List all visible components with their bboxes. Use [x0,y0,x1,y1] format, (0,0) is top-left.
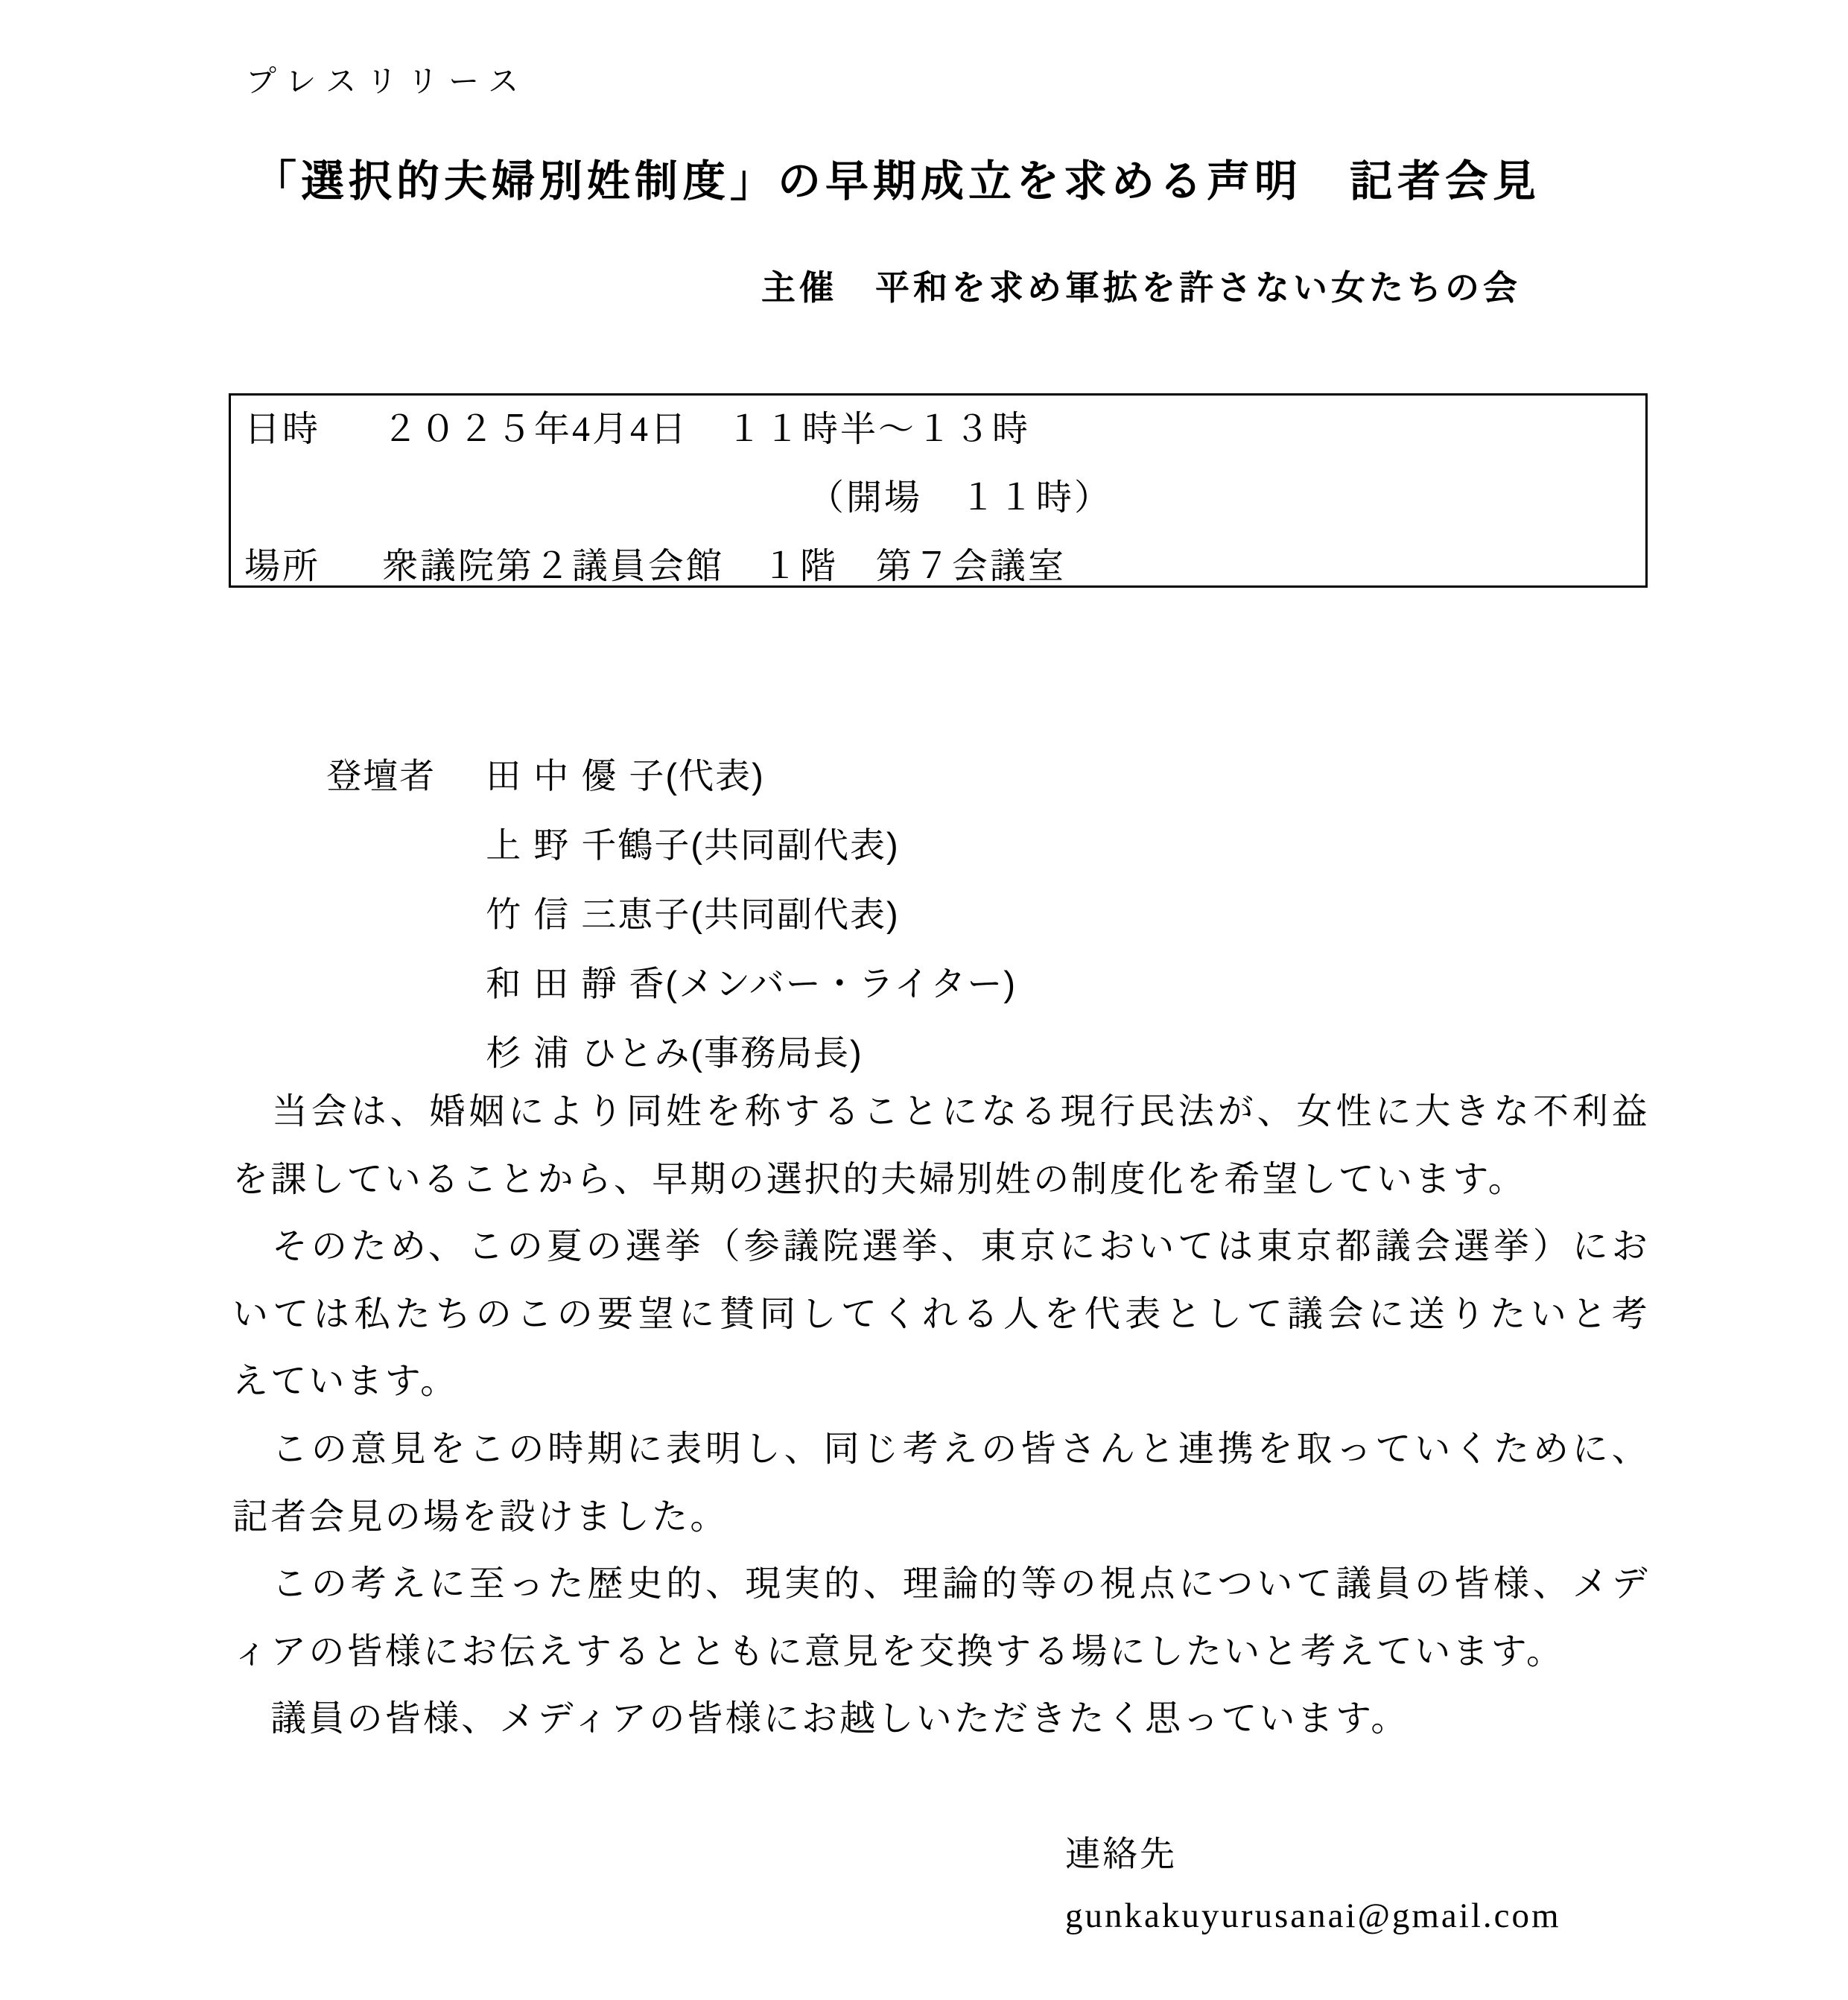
speaker-role: (メンバー・ライター) [665,964,1017,1003]
body-line: えています。 [232,1348,1650,1416]
body-line: 記者会見の場を設けました。 [232,1484,1650,1552]
body-line: ィアの皆様にお伝えするとともに意見を交換する場にしたいと考えています。 [232,1619,1650,1686]
body-line: いては私たちのこの要望に賛同してくれる人を代表として議会に送りたいと考 [232,1281,1650,1349]
contact-label: 連絡先 [1065,1826,1177,1876]
press-release-kicker: プレスリリース [246,57,529,101]
speaker-role: (共同副代表) [690,825,899,865]
speaker-row: 登壇者田 中 優 子(代表) [282,672,1017,741]
datetime-label: 日時 [244,396,382,464]
speaker-role: (事務局長) [690,1033,863,1073]
speaker-role: (代表) [665,756,764,796]
datetime-value: ２０２５年4月4日 １１時半～１３時 [382,410,1030,449]
speaker-name: 和 田 靜 香 [486,964,665,1003]
body-line: 当会は、婚姻により同姓を称することになる現行民法が、女性に大きな不利益 [232,1079,1650,1146]
organizer-line: 主催 平和を求め軍拡を許さない女たちの会 [761,261,1521,310]
speaker-name: 田 中 優 子 [486,756,665,796]
doors-open-value: （開場 １１時） [808,478,1112,518]
body-line: を課していることから、早期の選択的夫婦別姓の制度化を希望しています。 [232,1146,1650,1214]
speaker-role: (共同副代表) [690,895,899,934]
speaker-name: 竹 信 三恵子 [486,895,690,934]
body-text: 当会は、婚姻により同姓を称することになる現行民法が、女性に大きな不利益 を課して… [232,1079,1650,1753]
body-line: 議員の皆様、メディアの皆様にお越しいただきたく思っています。 [232,1686,1650,1753]
venue-value: 衆議院第２議員会館 １階 第７会議室 [382,547,1066,586]
speakers-section: 登壇者田 中 優 子(代表) 上 野 千鶴子(共同副代表) 竹 信 三恵子(共同… [282,672,1017,1018]
doors-open-row: （開場 １１時） [244,464,1638,533]
body-line: この考えに至った歴史的、現実的、理論的等の視点について議員の皆様、メデ [232,1551,1650,1619]
event-datetime-row: 日時２０２５年4月4日 １１時半～１３時 [244,396,1638,464]
event-info-box: 日時２０２５年4月4日 １１時半～１３時 （開場 １１時） 場所衆議院第２議員会… [229,393,1648,588]
event-venue-row: 場所衆議院第２議員会館 １階 第７会議室 [244,533,1638,601]
venue-label: 場所 [244,533,382,601]
speaker-name: 上 野 千鶴子 [486,825,690,865]
body-line: この意見をこの時期に表明し、同じ考えの皆さんと連携を取っていくために、 [232,1416,1650,1484]
speakers-label: 登壇者 [326,741,486,810]
document-title: 「選択的夫婦別姓制度」の早期成立を求める声明 記者会見 [253,146,1540,209]
speaker-name: 杉 浦 ひとみ [486,1033,690,1073]
body-line: そのため、この夏の選挙（参議院選挙、東京においては東京都議会選挙）にお [232,1213,1650,1281]
contact-email: gunkakuyurusanai@gmail.com [1065,1896,1561,1936]
